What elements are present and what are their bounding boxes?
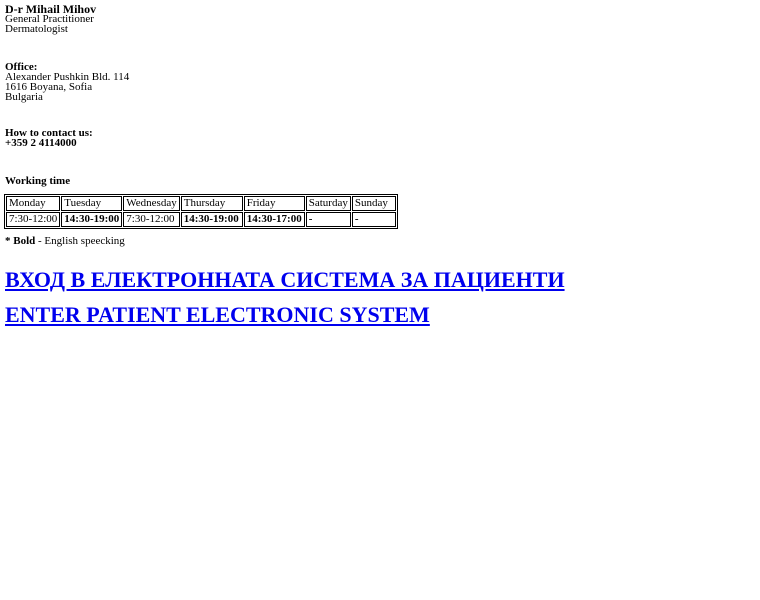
- day-monday: Monday: [6, 196, 60, 211]
- english-speaking-note: * Bold - English speecking: [5, 236, 125, 246]
- address-line-3: Bulgaria: [5, 92, 129, 102]
- day-friday: Friday: [244, 196, 305, 211]
- hours-row: 7:30-12:00 14:30-19:00 7:30-12:00 14:30-…: [6, 212, 396, 227]
- day-wednesday: Wednesday: [123, 196, 179, 211]
- hours-friday: 14:30-17:00: [244, 212, 305, 227]
- hours-tuesday: 14:30-19:00: [61, 212, 122, 227]
- patient-system-link-en[interactable]: ENTER PATIENT ELECTRONIC SYSTEM: [5, 303, 430, 327]
- office-section: Office: Alexander Pushkin Bld. 114 1616 …: [5, 62, 129, 102]
- working-time-label: Working time: [5, 176, 70, 186]
- hours-sunday: -: [352, 212, 396, 227]
- day-tuesday: Tuesday: [61, 196, 122, 211]
- day-saturday: Saturday: [306, 196, 351, 211]
- contact-section: How to contact us: +359 2 4114000: [5, 128, 93, 148]
- hours-thursday: 14:30-19:00: [181, 212, 243, 227]
- days-row: Monday Tuesday Wednesday Thursday Friday…: [6, 196, 396, 211]
- doctor-title-2: Dermatologist: [5, 24, 96, 34]
- patient-system-link-bg[interactable]: ВХОД В ЕЛЕКТРОННАТА СИСТЕМА ЗА ПАЦИЕНТИ: [5, 268, 565, 292]
- working-time-section: Working time: [5, 176, 70, 186]
- contact-phone: +359 2 4114000: [5, 138, 93, 148]
- note-bold-word: Bold: [13, 235, 35, 247]
- doctor-header: D-r Mihail Mihov General Practitioner De…: [5, 4, 96, 34]
- hours-monday: 7:30-12:00: [6, 212, 60, 227]
- working-hours-table: Monday Tuesday Wednesday Thursday Friday…: [4, 194, 398, 229]
- day-thursday: Thursday: [181, 196, 243, 211]
- hours-wednesday: 7:30-12:00: [123, 212, 179, 227]
- note-prefix: *: [5, 235, 13, 247]
- day-sunday: Sunday: [352, 196, 396, 211]
- note-suffix: - English speecking: [35, 235, 125, 247]
- hours-saturday: -: [306, 212, 351, 227]
